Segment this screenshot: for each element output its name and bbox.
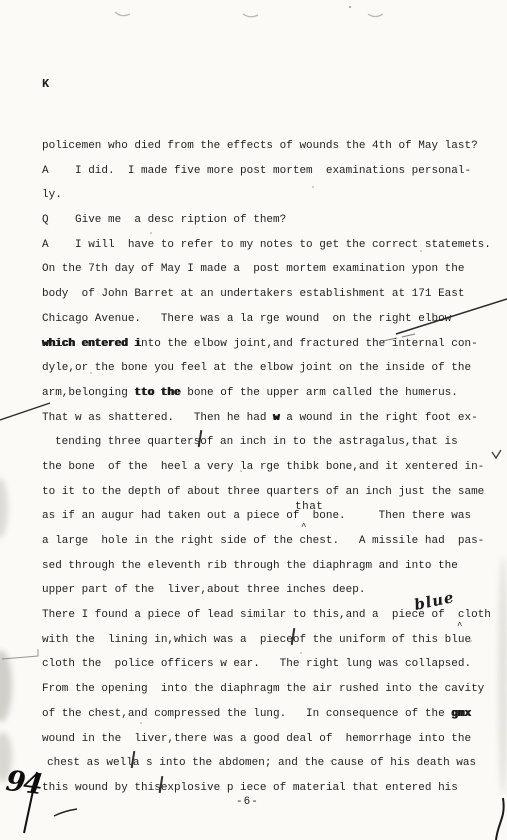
document-line: Q Give me a desc ription of them? — [42, 208, 504, 233]
document-line: cloth the police officers w ear. The rig… — [42, 652, 504, 677]
document-line: tending three quartersof an inch in to t… — [42, 430, 504, 455]
caret-mark: ^ — [301, 522, 306, 532]
typed-text: Chicago Avenue. There was a la rge wound… — [42, 313, 451, 325]
document-line: A I will have to refer to my notes to ge… — [42, 233, 504, 258]
typed-text: bone of the upper arm called the humerus… — [181, 387, 458, 399]
typed-text: this wound by this — [42, 782, 161, 794]
typed-text: A I did. I made five more post mortem ex… — [42, 165, 471, 177]
document-line: body of John Barret at an undertakers es… — [42, 282, 504, 307]
overstruck-text: gmx — [451, 708, 471, 720]
overstruck-text: tto the — [134, 387, 180, 399]
typed-text: with the lining in,which was a piece — [42, 634, 293, 646]
typed-text: cloth the police officers w ear. The rig… — [42, 658, 471, 670]
document-line: Chicago Avenue. There was a la rge wound… — [42, 307, 504, 332]
typed-text: the bone of the heel a very la rge thibk… — [42, 461, 484, 473]
scanned-document-page: K policemen who died from the effects of… — [0, 0, 507, 840]
scan-smudge — [0, 478, 8, 538]
document-line: chest as wella s into the abdomen; and t… — [42, 751, 504, 776]
typed-text: body of John Barret at an undertakers es… — [42, 288, 464, 300]
typed-insertion-that: that — [295, 501, 323, 513]
page-header-mark: K — [42, 77, 50, 91]
typed-text: On the 7th day of May I made a post mort… — [42, 263, 464, 275]
typed-text: arm,belonging — [42, 387, 134, 399]
typed-text: nto the elbow joint,and fractured the in… — [141, 338, 478, 350]
document-line: with the lining in,which was a pieceof t… — [42, 628, 504, 653]
document-text: policemen who died from the effects of w… — [42, 134, 504, 801]
typed-text: Q Give me a desc ription of them? — [42, 214, 286, 226]
typed-text: a s into the abdomen; and the cause of h… — [133, 757, 476, 769]
typed-text: explosive p iece of material that entere… — [161, 782, 458, 794]
document-line: as if an augur had taken out a piece of … — [42, 504, 504, 529]
typed-text: of the uniform of this blue — [293, 634, 471, 646]
typed-text: sed through the eleventh rib through the… — [42, 560, 458, 572]
document-line: From the opening into the diaphragm the … — [42, 677, 504, 702]
caret-mark: ^ — [457, 621, 462, 631]
overstruck-text: w — [273, 412, 280, 424]
typed-text: wound in the liver,there was a good deal… — [42, 733, 471, 745]
page-number: -6- — [236, 796, 259, 808]
document-line: A I did. I made five more post mortem ex… — [42, 159, 504, 184]
document-line: to it to the depth of about three quarte… — [42, 480, 504, 505]
handwritten-margin-number: 94 — [4, 764, 43, 801]
document-line: ly. — [42, 183, 504, 208]
typed-text: dyle,or the bone you feel at the elbow j… — [42, 362, 471, 374]
typed-text: of the chest,and compressed the lung. In… — [42, 708, 451, 720]
document-line: which entered into the elbow joint,and f… — [42, 332, 504, 357]
document-line: the bone of the heel a very la rge thibk… — [42, 455, 504, 480]
document-line: of the chest,and compressed the lung. In… — [42, 702, 504, 727]
typed-text: to it to the depth of about three quarte… — [42, 486, 484, 498]
typed-text: as if an augur had taken out a piece of … — [42, 510, 471, 522]
document-line: sed through the eleventh rib through the… — [42, 554, 504, 579]
typed-text: chest as well — [47, 757, 133, 769]
document-line: policemen who died from the effects of w… — [42, 134, 504, 159]
typed-text: ly. — [42, 189, 62, 201]
typed-text: From the opening into the diaphragm the … — [42, 683, 484, 695]
typed-text: upper part of the liver,about three inch… — [42, 584, 365, 596]
typed-text: tending three quarters — [55, 436, 200, 448]
typed-text: a wound in the right foot ex- — [280, 412, 478, 424]
document-line: On the 7th day of May I made a post mort… — [42, 257, 504, 282]
document-line: this wound by thisexplosive p iece of ma… — [42, 776, 504, 801]
typed-text: That w as shattered. Then he had — [42, 412, 273, 424]
document-line: That w as shattered. Then he had w a wou… — [42, 406, 504, 431]
overstruck-text: which entered i — [42, 338, 141, 350]
scan-smudge — [0, 650, 12, 722]
typed-text: of an inch in to the astragalus,that is — [200, 436, 457, 448]
document-line: dyle,or the bone you feel at the elbow j… — [42, 356, 504, 381]
document-line: wound in the liver,there was a good deal… — [42, 727, 504, 752]
document-line: a large hole in the right side of the ch… — [42, 529, 504, 554]
document-line: arm,belonging tto the bone of the upper … — [42, 381, 504, 406]
typed-text: policemen who died from the effects of w… — [42, 140, 478, 152]
typed-text: A I will have to refer to my notes to ge… — [42, 239, 491, 251]
typed-text: a large hole in the right side of the ch… — [42, 535, 484, 547]
